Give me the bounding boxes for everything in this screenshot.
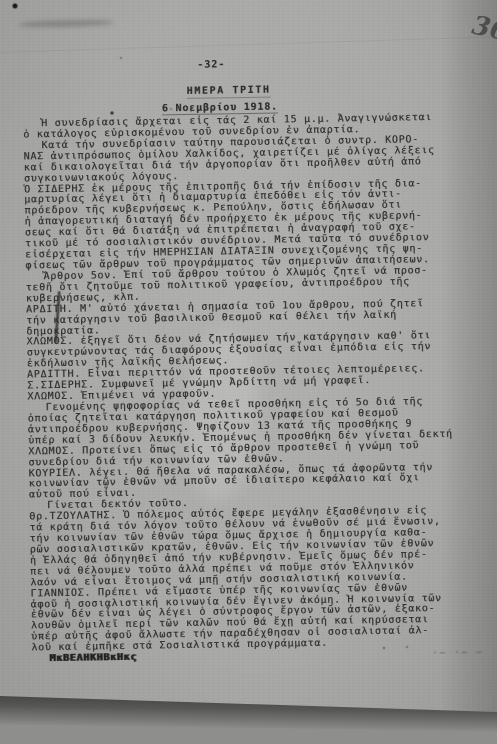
date-heading: 6 Νοεμβρίου 1918. — [162, 102, 278, 116]
paper-sheet: -32- ΗΜΕΡΑ ΤΡΙΤΗ 6 Νοεμβρίου 1918. Ἡ συν… — [0, 0, 497, 744]
typed-text-block: -32- ΗΜΕΡΑ ΤΡΙΤΗ 6 Νοεμβρίου 1918. Ἡ συν… — [0, 0, 497, 744]
scanned-page-photo: -32- ΗΜΕΡΑ ΤΡΙΤΗ 6 Νοεμβρίου 1918. Ἡ συν… — [0, 0, 497, 744]
dirt-specks — [0, 0, 2, 2]
text-lines: Ἡ συνεδρίασις ἄρχεται εἰς τάς 2 καί 15 μ… — [23, 112, 487, 665]
day-heading: ΗΜΕΡΑ ΤΡΙΤΗ — [186, 85, 270, 99]
page-number: -32- — [197, 59, 225, 70]
margin-smudge-marks: ·– ·– – — [432, 647, 483, 657]
